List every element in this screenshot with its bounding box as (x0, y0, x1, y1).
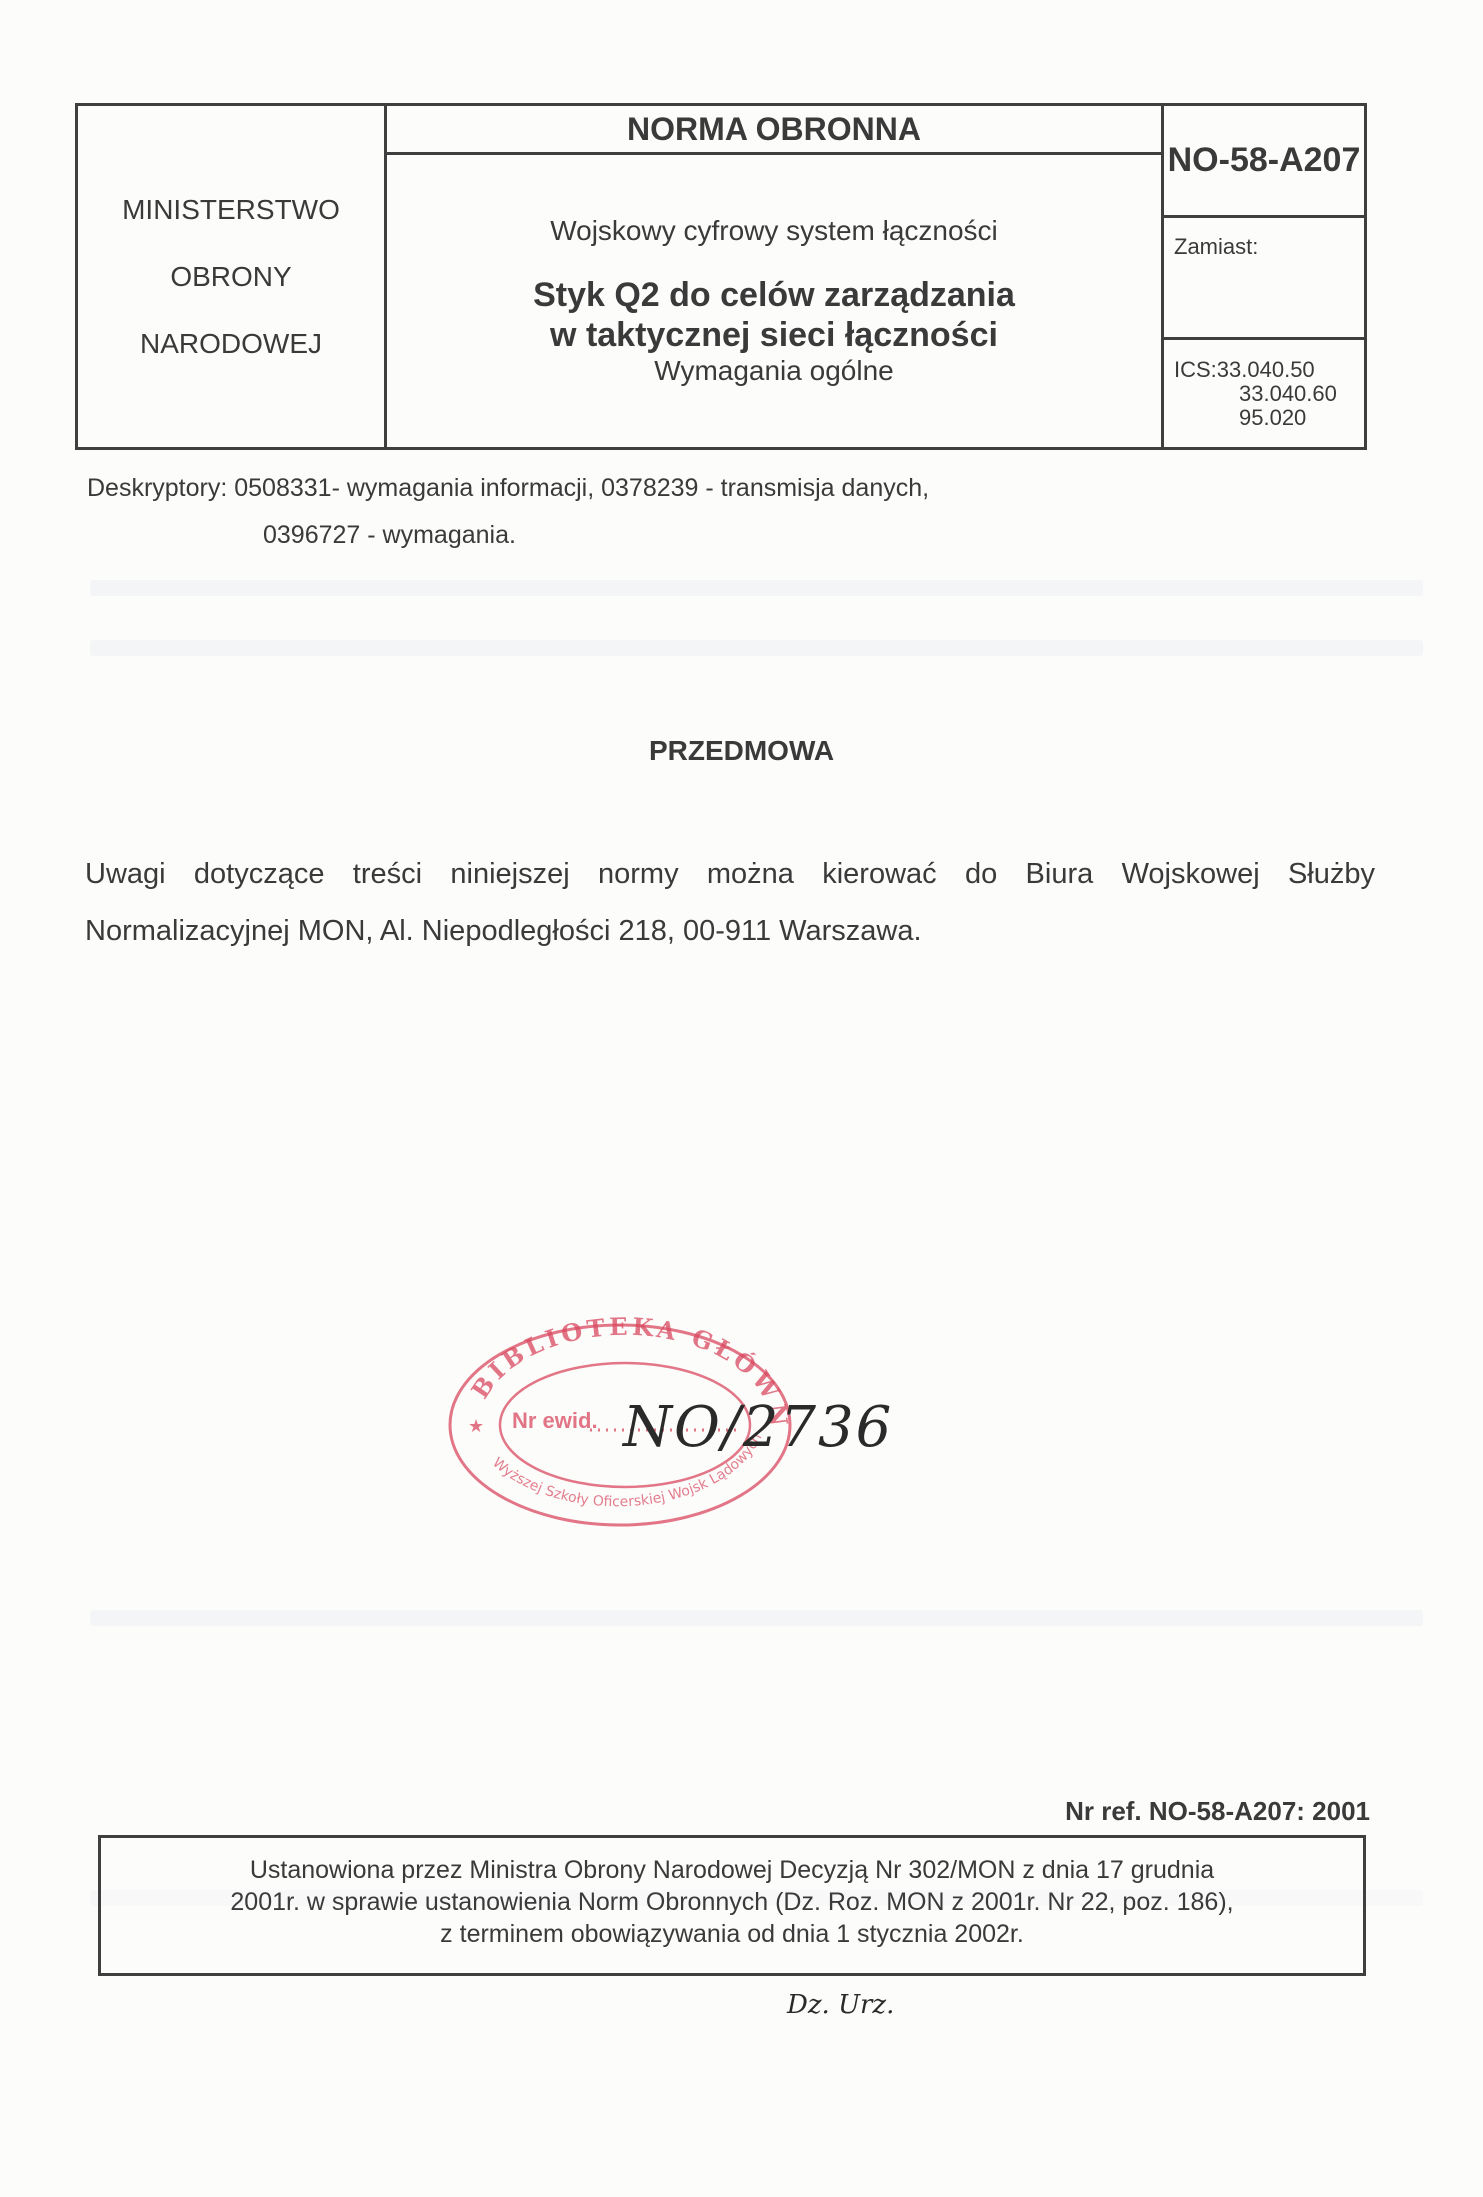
star-icon: ★ (468, 1416, 484, 1436)
bleed-through (90, 640, 1423, 656)
title-cell: NORMA OBRONNA Wojskowy cyfrowy system łą… (387, 106, 1161, 447)
establishment-line: Ustanowiona przez Ministra Obrony Narodo… (101, 1854, 1363, 1886)
preface-title: PRZEDMOWA (0, 735, 1483, 767)
subtitle: Wymagania ogólne (387, 355, 1161, 387)
descriptors-line-1: Deskryptory: 0508331- wymagania informac… (87, 474, 929, 503)
ministry-line: MINISTERSTWO (122, 176, 340, 243)
establishment-line: 2001r. w sprawie ustanowienia Norm Obron… (101, 1886, 1363, 1918)
ics-code: 33.040.50 (1217, 357, 1315, 382)
ics-code: 95.020 (1174, 406, 1364, 430)
title-line-2: w taktycznej sieci łączności (387, 315, 1161, 355)
establishment-box: Ustanowiona przez Ministra Obrony Narodo… (98, 1835, 1366, 1976)
ics-code: 33.040.60 (1174, 382, 1364, 406)
header-table: MINISTERSTWO OBRONY NARODOWEJ NORMA OBRO… (75, 103, 1367, 450)
doc-type: NORMA OBRONNA (387, 106, 1161, 155)
ministry-line: OBRONY (170, 243, 291, 310)
handwritten-record-number: NO/2736 (623, 1395, 893, 1460)
ministry-line: NARODOWEJ (140, 310, 322, 377)
preface-text: Uwagi dotyczące treści niniejszej normy … (85, 846, 1375, 960)
title-line-1: Styk Q2 do celów zarządzania (387, 275, 1161, 315)
subject: Wojskowy cyfrowy system łączności (387, 215, 1161, 247)
ministry-cell: MINISTERSTWO OBRONY NARODOWEJ (78, 106, 387, 447)
bleed-through (90, 580, 1423, 596)
stamp-label: Nr ewid. (512, 1408, 598, 1433)
norm-code: NO-58-A207 (1164, 106, 1364, 218)
code-cell: NO-58-A207 Zamiast: ICS:33.040.50 33.040… (1161, 106, 1364, 447)
bleed-through (90, 1610, 1423, 1626)
ics-label: ICS: (1174, 357, 1217, 382)
reference-number: Nr ref. NO-58-A207: 2001 (1065, 1796, 1370, 1827)
descriptors-line-2: 0396727 - wymagania. (263, 521, 516, 550)
replaces-label: Zamiast: (1164, 218, 1364, 340)
ics-codes: ICS:33.040.50 33.040.60 95.020 (1164, 340, 1364, 430)
establishment-line: z terminem obowiązywania od dnia 1 stycz… (101, 1918, 1363, 1950)
handwritten-note: Dz. Urz. (787, 1990, 894, 2020)
